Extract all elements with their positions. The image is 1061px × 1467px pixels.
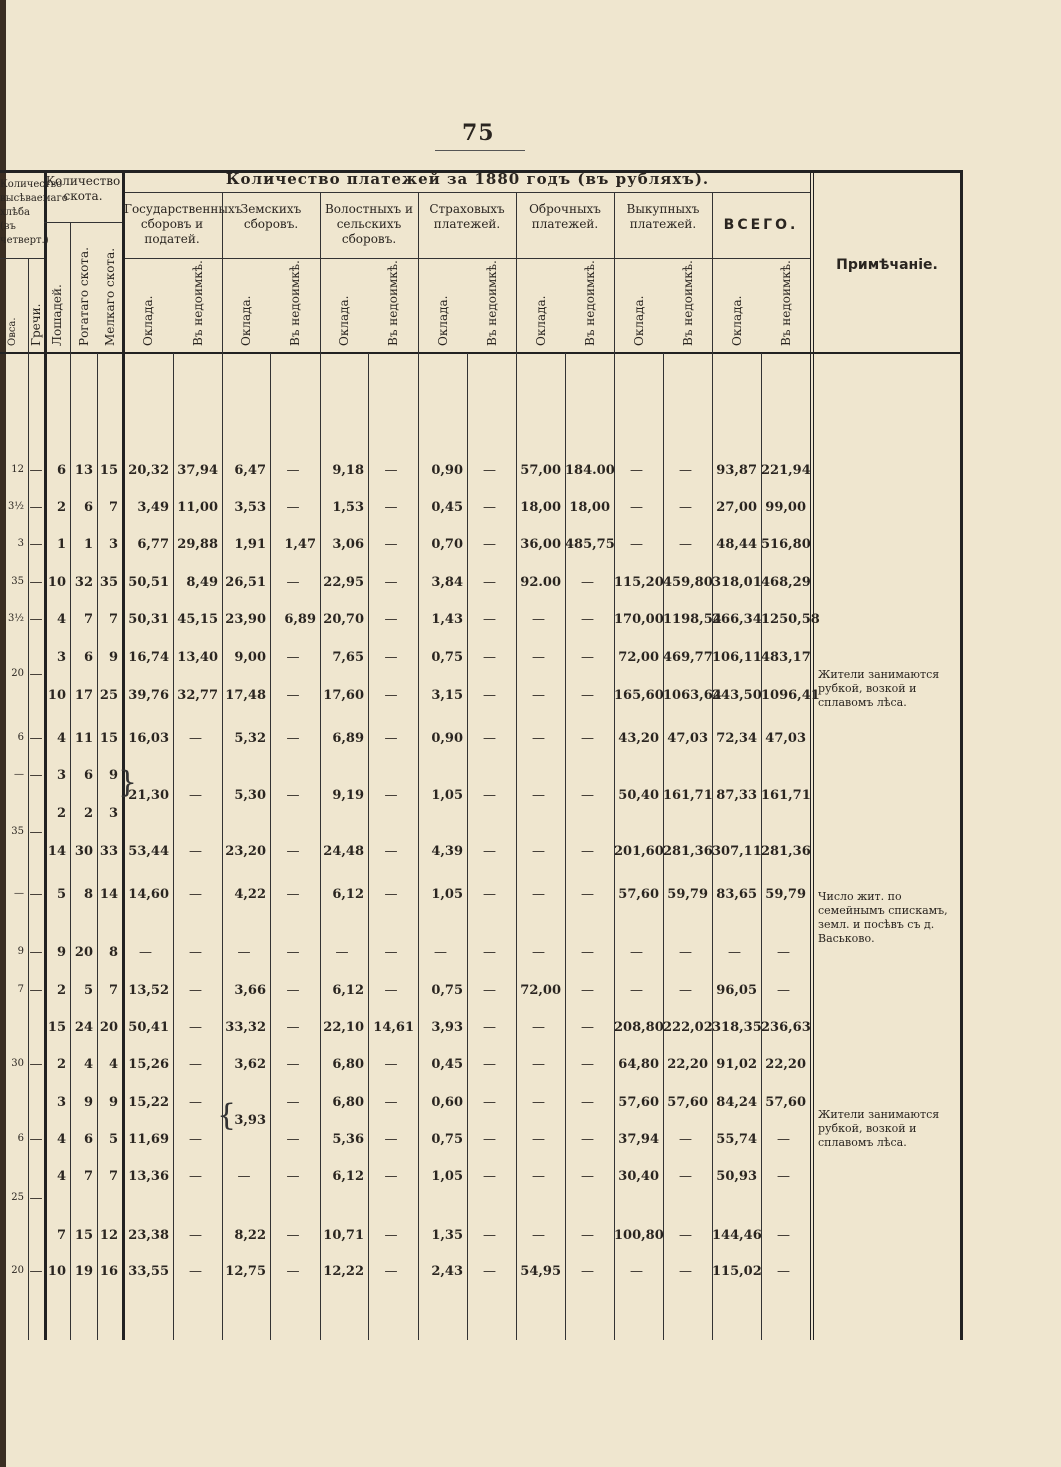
table-cell: 14,61 (368, 1020, 414, 1035)
sown-buckwheat-value: — (28, 463, 44, 478)
column-divider (516, 192, 517, 1340)
table-cell: 5 (97, 1132, 118, 1147)
table-cell: 33,32 (222, 1020, 266, 1035)
table-cell: 18,00 (516, 500, 561, 515)
table-cell: — (467, 612, 512, 627)
table-cell: 1 (70, 537, 93, 552)
table-cell: 24 (70, 1020, 93, 1035)
table-cell: 6 (70, 768, 93, 783)
table-cell: 50,41 (122, 1020, 169, 1035)
header-buckwheat: Гречи. (29, 304, 43, 346)
sown-oats-value: 30 (0, 1058, 24, 1069)
table-cell: 469,77 (663, 650, 708, 665)
table-cell: 6,77 (122, 537, 169, 552)
header-group-2-col-0: Оклада. (337, 296, 351, 346)
table-cell: 4 (70, 1057, 93, 1072)
table-cell: 243,50 (712, 688, 757, 703)
table-cell: — (761, 1228, 806, 1243)
table-cell: — (467, 1020, 512, 1035)
table-cell: — (467, 887, 512, 902)
table-cell: — (467, 844, 512, 859)
sown-buckwheat-value: — (28, 575, 44, 590)
sown-oats-value: 25 (0, 1192, 24, 1203)
table-cell: 459,80 (663, 575, 708, 590)
table-cell: 10,71 (320, 1228, 364, 1243)
header-group-0: Государственныхъ сборовъ и податей. (124, 202, 220, 247)
table-cell: 0,45 (418, 500, 463, 515)
table-cell: — (173, 1095, 218, 1110)
table-cell: — (761, 1169, 806, 1184)
table-cell: — (368, 983, 414, 998)
table-cell: 6 (70, 650, 93, 665)
table-cell: — (467, 945, 512, 960)
table-cell: 83,65 (712, 887, 757, 902)
table-cell: 47,03 (761, 731, 806, 746)
sown-oats-value: 12 (0, 464, 24, 475)
table-cell: — (467, 731, 512, 746)
table-cell: 1,05 (418, 1169, 463, 1184)
header-group-5-col-0: Оклада. (632, 296, 646, 346)
column-divider (122, 170, 125, 1340)
table-cell: 161,71 (761, 788, 806, 803)
table-cell: 50,93 (712, 1169, 757, 1184)
table-cell: — (565, 983, 610, 998)
table-cell: 26,51 (222, 575, 266, 590)
sown-buckwheat-value: — (28, 1264, 44, 1279)
table-cell: 30 (70, 844, 93, 859)
table-cell: 6,47 (222, 463, 266, 478)
sown-buckwheat-value: — (28, 983, 44, 998)
table-cell: 2,43 (418, 1264, 463, 1279)
page-number-rule (435, 150, 525, 151)
table-cell: 8,22 (222, 1228, 266, 1243)
table-cell: 7 (70, 612, 93, 627)
header-group-5-col-1: Въ недоимкѣ. (681, 260, 695, 346)
table-cell: 3 (97, 806, 118, 821)
table-cell: 0,75 (418, 650, 463, 665)
table-cell: 10 (44, 1264, 66, 1279)
table-cell: 6 (44, 463, 66, 478)
table-cell: 5 (44, 887, 66, 902)
column-divider (712, 192, 713, 1340)
header-livestock: Количество скота. (44, 174, 122, 204)
table-cell: — (368, 1057, 414, 1072)
table-cell: — (173, 731, 218, 746)
header-livestock-0: Лошадей. (50, 284, 64, 346)
table-cell: — (565, 1095, 610, 1110)
table-cell: — (173, 1057, 218, 1072)
table-cell: 12,22 (320, 1264, 364, 1279)
table-cell: 3 (44, 1095, 66, 1110)
table-cell: — (173, 1228, 218, 1243)
table-cell: — (467, 788, 512, 803)
table-cell: — (565, 1264, 610, 1279)
table-cell: — (565, 575, 610, 590)
table-cell: 9 (44, 945, 66, 960)
table-cell: 9 (97, 650, 118, 665)
table-cell: — (614, 1264, 659, 1279)
header-sown-grain: Количество высѣваемаго хлѣба (въ четверт… (0, 178, 44, 248)
table-cell: 3,53 (222, 500, 266, 515)
table-cell: — (565, 1057, 610, 1072)
table-cell: 0,60 (418, 1095, 463, 1110)
table-cell: — (663, 537, 708, 552)
table-cell: 32,77 (173, 688, 218, 703)
table-cell: 3,06 (320, 537, 364, 552)
table-cell: 84,24 (712, 1095, 757, 1110)
table-cell: — (270, 1169, 316, 1184)
table-cell: 9 (70, 1095, 93, 1110)
table-cell: 318,01 (712, 575, 757, 590)
table-cell: 483,17 (761, 650, 806, 665)
table-cell: — (516, 731, 561, 746)
table-cell: — (516, 1132, 561, 1147)
sown-buckwheat-value: — (28, 887, 44, 902)
table-cell: — (467, 575, 512, 590)
table-cell: 236,63 (761, 1020, 806, 1035)
sown-oats-value: 3½ (0, 501, 24, 512)
header-group-4-col-0: Оклада. (534, 296, 548, 346)
table-cell: 1,43 (418, 612, 463, 627)
table-cell: 16,74 (122, 650, 169, 665)
table-cell: — (173, 887, 218, 902)
table-cell: 57,00 (516, 463, 561, 478)
group-rule (125, 258, 810, 259)
remark-text: Жители занимаются рубкой, возкой и сплав… (818, 1108, 956, 1150)
table-cell: 9,00 (222, 650, 266, 665)
table-cell: 485,75 (565, 537, 610, 552)
table-cell: 50,40 (614, 788, 659, 803)
table-cell: — (368, 1264, 414, 1279)
table-cell: 20 (70, 945, 93, 960)
table-cell: 13,52 (122, 983, 169, 998)
table-cell: — (614, 463, 659, 478)
table-cell: 1096,41 (761, 688, 806, 703)
header-group-3: Страховыхъ платежей. (420, 202, 514, 232)
table-cell: 16,03 (122, 731, 169, 746)
table-cell: — (368, 575, 414, 590)
table-cell: — (663, 1132, 708, 1147)
table-cell: — (516, 688, 561, 703)
page-number: 75 (462, 120, 495, 146)
table-cell: 14 (44, 844, 66, 859)
table-cell: 281,36 (761, 844, 806, 859)
table-cell: 15 (70, 1228, 93, 1243)
table-cell: 39,76 (122, 688, 169, 703)
table-cell: — (467, 1057, 512, 1072)
table-cell: 0,90 (418, 463, 463, 478)
table-cell: — (173, 1169, 218, 1184)
table-header-rule (0, 352, 962, 354)
sown-oats-value: — (0, 888, 24, 899)
table-cell: 59,79 (663, 887, 708, 902)
table-cell: — (368, 844, 414, 859)
table-cell: 23,90 (222, 612, 266, 627)
table-cell: 3 (97, 537, 118, 552)
table-cell: 72,00 (516, 983, 561, 998)
table-cell: 14,60 (122, 887, 169, 902)
sown-oats-value: 6 (0, 1133, 24, 1144)
table-cell: — (663, 463, 708, 478)
table-cell: 281,36 (663, 844, 708, 859)
table-cell: 6,12 (320, 983, 364, 998)
table-cell: 18,00 (565, 500, 610, 515)
table-cell: — (761, 945, 806, 960)
table-cell: — (368, 1228, 414, 1243)
table-cell: 37,94 (614, 1132, 659, 1147)
header-group-6-col-1: Въ недоимкѣ. (779, 260, 793, 346)
table-cell: 1063,64 (663, 688, 708, 703)
table-cell: 6,89 (320, 731, 364, 746)
table-cell: 64,80 (614, 1057, 659, 1072)
table-cell: 19 (70, 1264, 93, 1279)
table-cell: 13 (70, 463, 93, 478)
table-cell: 29,88 (173, 537, 218, 552)
table-cell: 72,34 (712, 731, 757, 746)
table-cell: 2 (44, 983, 66, 998)
table-cell: — (173, 844, 218, 859)
table-cell: 170,00 (614, 612, 659, 627)
table-cell: — (270, 1095, 316, 1110)
title-rule (125, 192, 810, 193)
table-cell: — (467, 688, 512, 703)
table-cell: 16 (97, 1264, 118, 1279)
table-cell: — (663, 500, 708, 515)
sown-buckwheat-value: — (28, 945, 44, 960)
table-cell: — (712, 945, 757, 960)
table-cell: — (565, 612, 610, 627)
sown-oats-value: — (0, 769, 24, 780)
sown-buckwheat-value: — (28, 667, 44, 682)
table-cell: — (368, 500, 414, 515)
table-cell: — (663, 1264, 708, 1279)
column-divider (44, 170, 47, 1340)
sown-buckwheat-value: — (28, 537, 44, 552)
table-cell: — (222, 1169, 266, 1184)
table-cell: 30,40 (614, 1169, 659, 1184)
table-cell: 72,00 (614, 650, 659, 665)
table-cell: 2 (70, 806, 93, 821)
header-group-3-col-0: Оклада. (436, 296, 450, 346)
sown-buckwheat-value: — (28, 825, 44, 840)
sown-buckwheat-value: — (28, 731, 44, 746)
table-cell: — (516, 1169, 561, 1184)
column-divider (320, 192, 321, 1340)
table-cell: — (516, 844, 561, 859)
table-cell: — (270, 945, 316, 960)
table-cell: 22,20 (761, 1057, 806, 1072)
table-cell: 55,74 (712, 1132, 757, 1147)
sown-oats-value: 35 (0, 576, 24, 587)
table-cell: 3,62 (222, 1057, 266, 1072)
table-cell: 99,00 (761, 500, 806, 515)
table-cell: 3,66 (222, 983, 266, 998)
table-cell: 4 (44, 731, 66, 746)
table-cell: — (368, 1132, 414, 1147)
table-cell: — (516, 650, 561, 665)
header-group-6-col-0: Оклада. (730, 296, 744, 346)
table-cell: — (368, 1095, 414, 1110)
table-cell: — (173, 1020, 218, 1035)
table-cell: — (467, 1169, 512, 1184)
table-cell: 5 (70, 983, 93, 998)
table-cell: — (516, 612, 561, 627)
grain-rule (0, 258, 44, 259)
table-cell: 3 (44, 768, 66, 783)
table-cell: 9 (97, 1095, 118, 1110)
table-cell: — (565, 1132, 610, 1147)
header-group-2: Волостныхъ и сельскихъ сборовъ. (322, 202, 416, 247)
table-cell: 221,94 (761, 463, 806, 478)
table-cell: — (368, 650, 414, 665)
table-cell: — (270, 1132, 316, 1147)
table-right-border (960, 170, 963, 1340)
table-cell: 47,03 (663, 731, 708, 746)
header-group-3-col-1: Въ недоимкѣ. (485, 260, 499, 346)
table-cell: 468,29 (761, 575, 806, 590)
table-cell: 7 (44, 1228, 66, 1243)
table-cell: 17 (70, 688, 93, 703)
table-cell: 35 (97, 575, 118, 590)
table-cell: — (565, 1020, 610, 1035)
table-cell: 1198,54 (663, 612, 708, 627)
table-cell: 6 (70, 500, 93, 515)
table-cell: — (467, 1264, 512, 1279)
table-cell: 2 (44, 500, 66, 515)
table-cell: 32 (70, 575, 93, 590)
table-cell: 50,31 (122, 612, 169, 627)
table-cell: 3,84 (418, 575, 463, 590)
sown-buckwheat-value: — (28, 1191, 44, 1206)
table-cell: 45,15 (173, 612, 218, 627)
table-cell: — (270, 1264, 316, 1279)
table-cell: — (565, 887, 610, 902)
table-cell: — (222, 945, 266, 960)
table-cell: — (565, 945, 610, 960)
table-cell: — (173, 983, 218, 998)
table-cell: — (663, 945, 708, 960)
table-cell: 516,80 (761, 537, 806, 552)
table-cell: — (173, 1264, 218, 1279)
header-group-1: Земскихъ сборовъ. (224, 202, 318, 232)
column-divider (222, 192, 223, 1340)
table-cell: — (761, 1264, 806, 1279)
table-cell: — (467, 1228, 512, 1243)
header-remarks: Примѣчаніе. (812, 258, 962, 273)
table-cell: — (516, 1057, 561, 1072)
table-cell: — (663, 1228, 708, 1243)
table-cell: 13,36 (122, 1169, 169, 1184)
table-cell: 24,48 (320, 844, 364, 859)
table-cell: 307,11 (712, 844, 757, 859)
table-cell: — (761, 1132, 806, 1147)
table-cell: — (516, 1095, 561, 1110)
header-group-5: Выкупныхъ платежей. (616, 202, 710, 232)
table-cell: 4 (44, 612, 66, 627)
table-cell: 96,05 (712, 983, 757, 998)
table-cell: 3,49 (122, 500, 169, 515)
table-cell: 5,30 (222, 788, 266, 803)
table-cell: 4,22 (222, 887, 266, 902)
table-cell: 3,15 (418, 688, 463, 703)
table-cell: 57,60 (614, 887, 659, 902)
table-cell: 165,60 (614, 688, 659, 703)
sown-buckwheat-value: — (28, 768, 44, 783)
sown-oats-value: 3 (0, 538, 24, 549)
table-cell: — (173, 1132, 218, 1147)
table-cell: 7 (97, 1169, 118, 1184)
table-cell: — (467, 983, 512, 998)
table-cell: 22,95 (320, 575, 364, 590)
table-cell: 15,26 (122, 1057, 169, 1072)
table-cell: 4 (44, 1132, 66, 1147)
table-cell: — (270, 887, 316, 902)
table-cell: 1,05 (418, 788, 463, 803)
table-cell: 8,49 (173, 575, 218, 590)
table-cell: — (173, 788, 218, 803)
table-cell: 48,44 (712, 537, 757, 552)
table-cell: — (270, 575, 316, 590)
table-cell: — (368, 1169, 414, 1184)
header-group-4-col-1: Въ недоимкѣ. (583, 260, 597, 346)
table-cell: 50,51 (122, 575, 169, 590)
sown-oats-value: 9 (0, 946, 24, 957)
table-cell: 10 (44, 688, 66, 703)
table-cell: 33 (97, 844, 118, 859)
table-cell: 106,11 (712, 650, 757, 665)
table-cell: 1,35 (418, 1228, 463, 1243)
sown-buckwheat-value: — (28, 500, 44, 515)
table-cell: 184.00 (565, 463, 610, 478)
table-cell: — (516, 1020, 561, 1035)
table-cell: 17,48 (222, 688, 266, 703)
table-cell: 57,60 (614, 1095, 659, 1110)
table-cell: 25 (97, 688, 118, 703)
table-cell: 15 (44, 1020, 66, 1035)
table-cell: 0,90 (418, 731, 463, 746)
table-cell: 20,70 (320, 612, 364, 627)
table-cell: — (368, 688, 414, 703)
table-cell: 13,40 (173, 650, 218, 665)
table-cell: 1,47 (270, 537, 316, 552)
table-cell: — (467, 650, 512, 665)
header-livestock-2: Мелкаго скота. (103, 248, 117, 346)
table-cell: 6,80 (320, 1057, 364, 1072)
table-cell: — (467, 1132, 512, 1147)
table-cell: 2 (44, 806, 66, 821)
table-cell: — (320, 945, 364, 960)
table-cell: 22,10 (320, 1020, 364, 1035)
table-cell: — (614, 983, 659, 998)
table-cell: 92.00 (516, 575, 561, 590)
table-cell: 5,36 (320, 1132, 364, 1147)
table-cell: — (270, 983, 316, 998)
table-cell: 6,12 (320, 887, 364, 902)
table-cell: 2 (44, 1057, 66, 1072)
table-cell: 37,94 (173, 463, 218, 478)
table-cell: — (516, 1228, 561, 1243)
table-cell: — (614, 537, 659, 552)
table-cell: 54,95 (516, 1264, 561, 1279)
table-cell: — (270, 788, 316, 803)
remark-text: Число жит. по семейнымъ спискамъ, земл. … (818, 890, 956, 946)
table-cell: 15,22 (122, 1095, 169, 1110)
table-cell: 11 (70, 731, 93, 746)
sown-buckwheat-value: — (28, 612, 44, 627)
table-cell: 1 (44, 537, 66, 552)
table-cell: 20 (97, 1020, 118, 1035)
table-cell: 91,02 (712, 1057, 757, 1072)
